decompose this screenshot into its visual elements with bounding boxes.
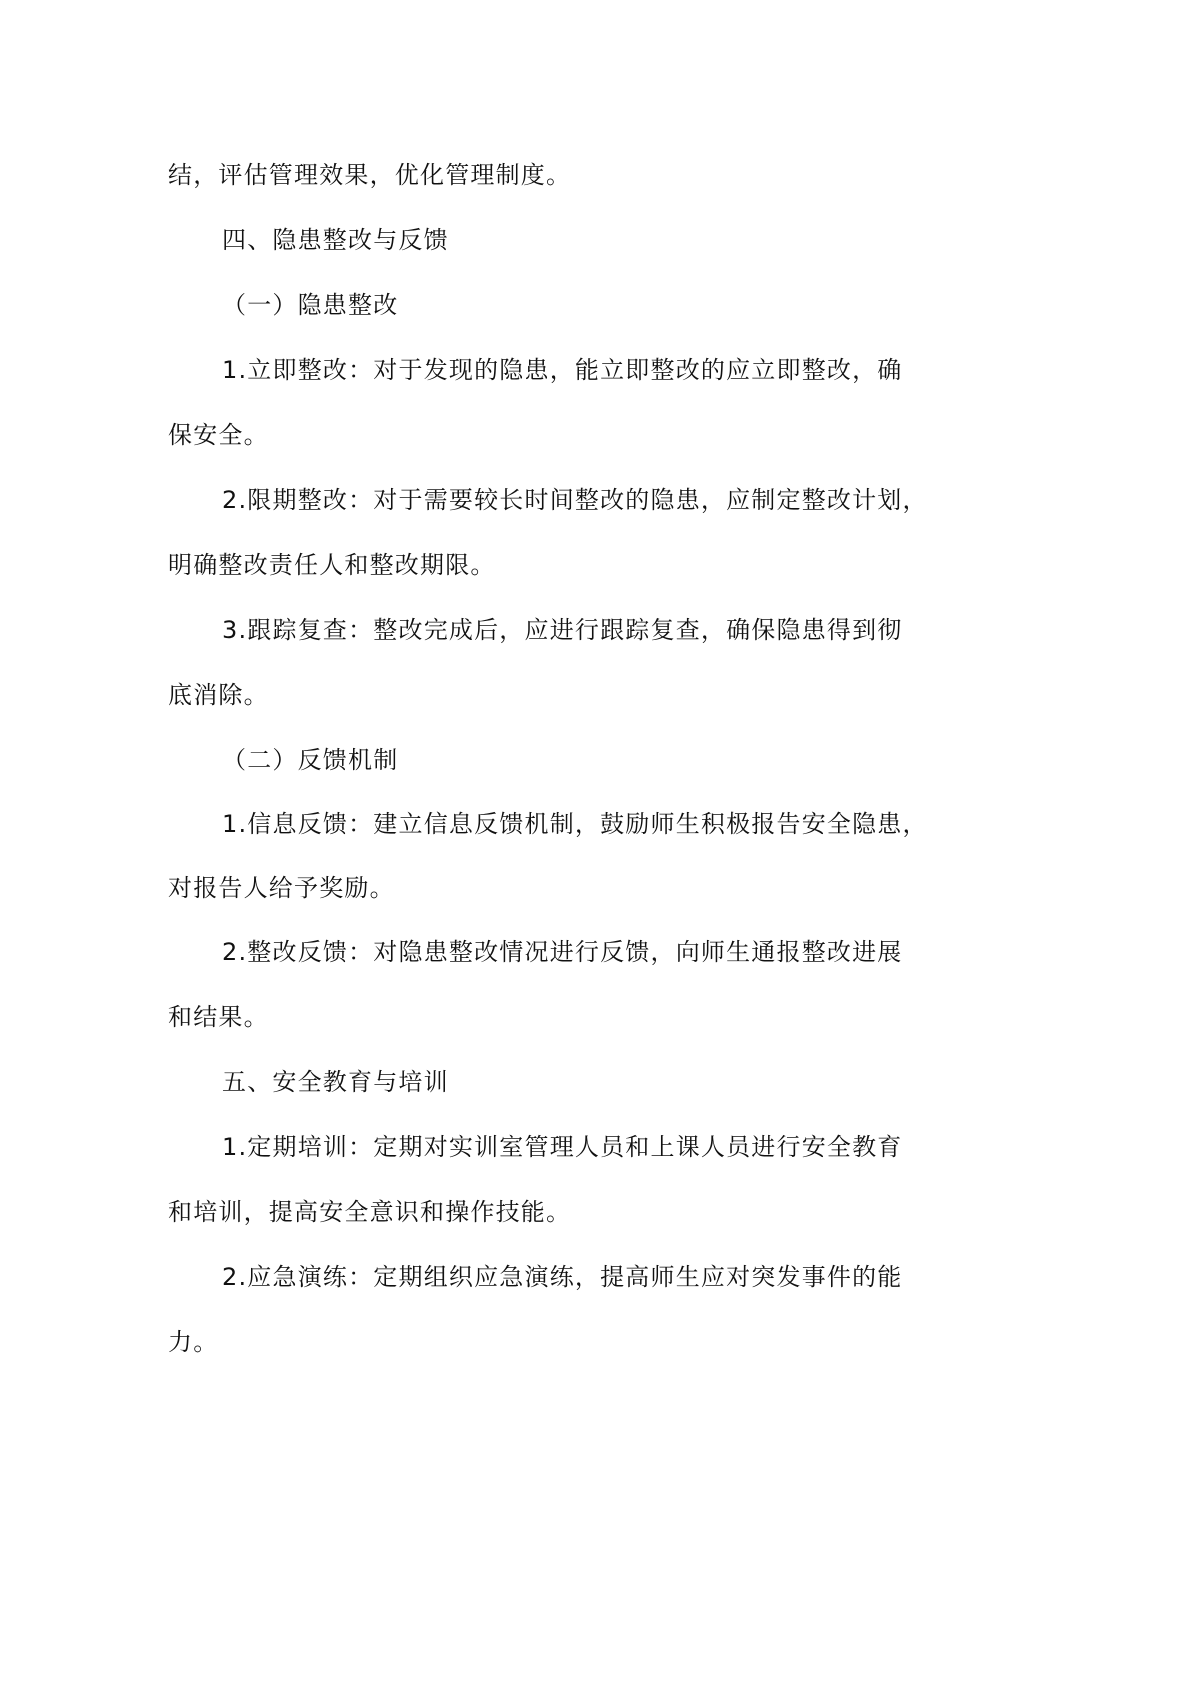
subsection-heading-4-1: （一）隐患整改 (222, 290, 398, 320)
section-heading-5: 五、安全教育与培训 (222, 1067, 449, 1097)
list-item-text-continuation: 对报告人给予奖励。 (168, 873, 395, 903)
paragraph-continuation: 结，评估管理效果，优化管理制度。 (168, 160, 571, 190)
list-item-text: 2.应急演练：定期组织应急演练，提高师生应对突发事件的能 (222, 1262, 903, 1292)
list-item-text: 2.整改反馈：对隐患整改情况进行反馈，向师生通报整改进展 (222, 937, 903, 967)
subsection-heading-4-2: （二）反馈机制 (222, 745, 398, 775)
list-item-text-continuation: 和培训，提高安全意识和操作技能。 (168, 1197, 571, 1227)
list-item-text: 3.跟踪复查：整改完成后，应进行跟踪复查，确保隐患得到彻 (222, 615, 903, 645)
list-item-text: 2.限期整改：对于需要较长时间整改的隐患，应制定整改计划， (222, 485, 928, 515)
section-heading-4: 四、隐患整改与反馈 (222, 225, 449, 255)
list-item-text-continuation: 和结果。 (168, 1002, 269, 1032)
list-item-text: 1.立即整改：对于发现的隐患，能立即整改的应立即整改，确 (222, 355, 903, 385)
document-page: 结，评估管理效果，优化管理制度。 四、隐患整改与反馈 （一）隐患整改 1.立即整… (0, 0, 1190, 1683)
list-item-text: 1.定期培训：定期对实训室管理人员和上课人员进行安全教育 (222, 1132, 903, 1162)
list-item-text: 1.信息反馈：建立信息反馈机制，鼓励师生积极报告安全隐患， (222, 809, 928, 839)
list-item-text-continuation: 保安全。 (168, 420, 269, 450)
list-item-text-continuation: 底消除。 (168, 680, 269, 710)
list-item-text-continuation: 明确整改责任人和整改期限。 (168, 550, 496, 580)
list-item-text-continuation: 力。 (168, 1327, 218, 1357)
